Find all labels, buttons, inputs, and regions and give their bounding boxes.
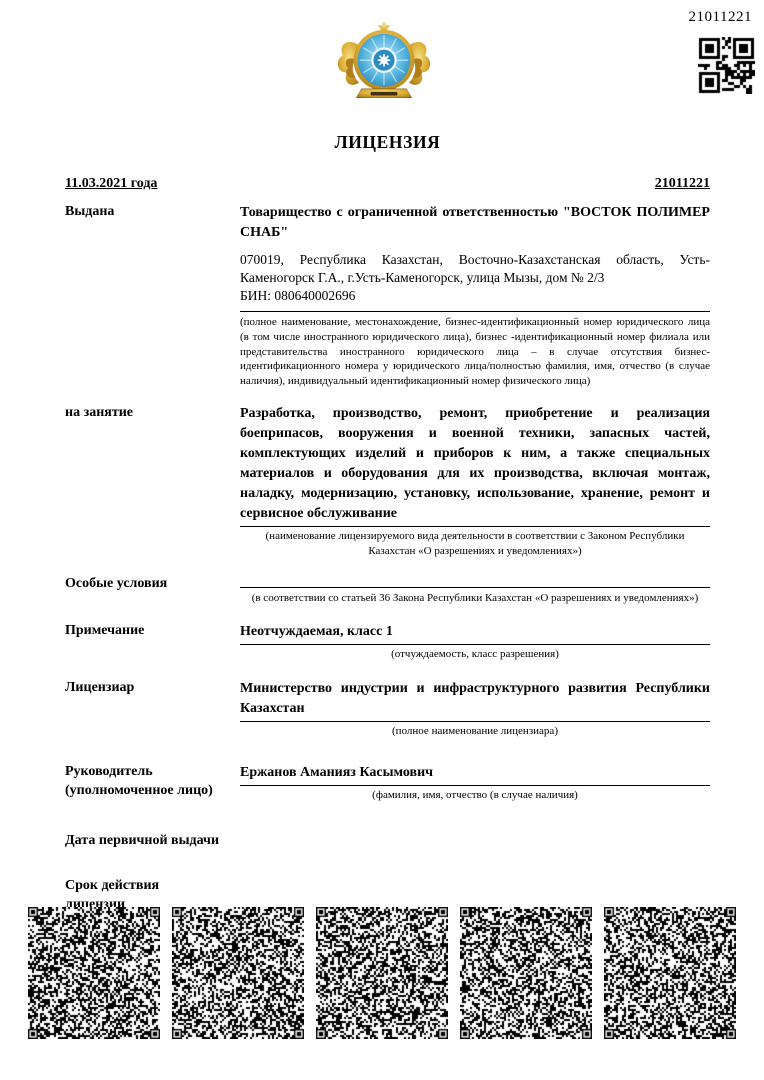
field-label-head: Руководитель (уполномоченное лицо) — [65, 763, 240, 801]
remark-footnote: (отчуждаемость, класс разрешения) — [240, 647, 710, 662]
barcode-block — [604, 907, 736, 1039]
licensor-value: Министерство индустрии и инфраструктурно… — [240, 679, 710, 722]
remark-value: Неотчуждаемая, класс 1 — [240, 622, 710, 645]
barcode-block — [316, 907, 448, 1039]
special-conditions-blank-line — [240, 575, 710, 588]
doc-number-top: 21011221 — [689, 9, 752, 26]
field-first-issue-date: Дата первичной выдачи — [65, 832, 710, 851]
page-title: ЛИЦЕНЗИЯ — [65, 132, 710, 153]
field-head: Руководитель (уполномоченное лицо) Ержан… — [65, 763, 710, 803]
barcode-block — [28, 907, 160, 1039]
barcode-block — [172, 907, 304, 1039]
emblem-banner-text — [371, 92, 398, 96]
activity-footnote: (наименование лицензируемого вида деятел… — [240, 529, 710, 559]
document-body: ЛИЦЕНЗИЯ 11.03.2021 года 21011221 Выдана… — [0, 0, 764, 938]
barcode-strip — [28, 907, 736, 1039]
field-remark: Примечание Неотчуждаемая, класс 1 (отчуж… — [65, 622, 710, 662]
licensor-footnote: (полное наименование лицензиара) — [240, 724, 710, 739]
activity-value: Разработка, производство, ремонт, приобр… — [240, 404, 710, 526]
field-label-special: Особые условия — [65, 575, 240, 594]
qr-code-icon — [698, 37, 755, 99]
meta-row: 11.03.2021 года 21011221 — [65, 176, 710, 192]
license-date: 11.03.2021 года — [65, 176, 157, 192]
kazakhstan-emblem-svg — [337, 20, 431, 104]
field-activity: на занятие Разработка, производство, рем… — [65, 404, 710, 558]
issued-company-name: Товарищество с ограниченной ответственно… — [240, 203, 710, 243]
head-footnote: (фамилия, имя, отчество (в случае наличи… — [240, 788, 710, 803]
issued-address: 070019, Республика Казахстан, Восточно-К… — [240, 251, 710, 287]
field-issued: Выдана Товарищество с ограниченной ответ… — [65, 203, 710, 389]
kazakhstan-emblem-icon — [337, 20, 431, 109]
license-number: 21011221 — [655, 176, 710, 192]
field-label-remark: Примечание — [65, 622, 240, 641]
field-special-conditions: Особые условия (в соответствии со статье… — [65, 575, 710, 606]
issued-bin: БИН: 080640002696 — [240, 287, 710, 305]
qr-code-canvas — [698, 37, 755, 94]
barcode-block — [460, 907, 592, 1039]
field-label-licensor: Лицензиар — [65, 679, 240, 698]
issued-footnote: (полное наименование, местонахождение, б… — [240, 311, 710, 390]
head-value: Ержанов Аманияз Касымович — [240, 763, 710, 786]
field-label-first-issue: Дата первичной выдачи — [65, 832, 219, 851]
field-licensor: Лицензиар Министерство индустрии и инфра… — [65, 679, 710, 739]
field-label-activity: на занятие — [65, 404, 240, 423]
special-conditions-footnote: (в соответствии со статьей 36 Закона Рес… — [240, 591, 710, 606]
field-label-issued: Выдана — [65, 203, 240, 222]
